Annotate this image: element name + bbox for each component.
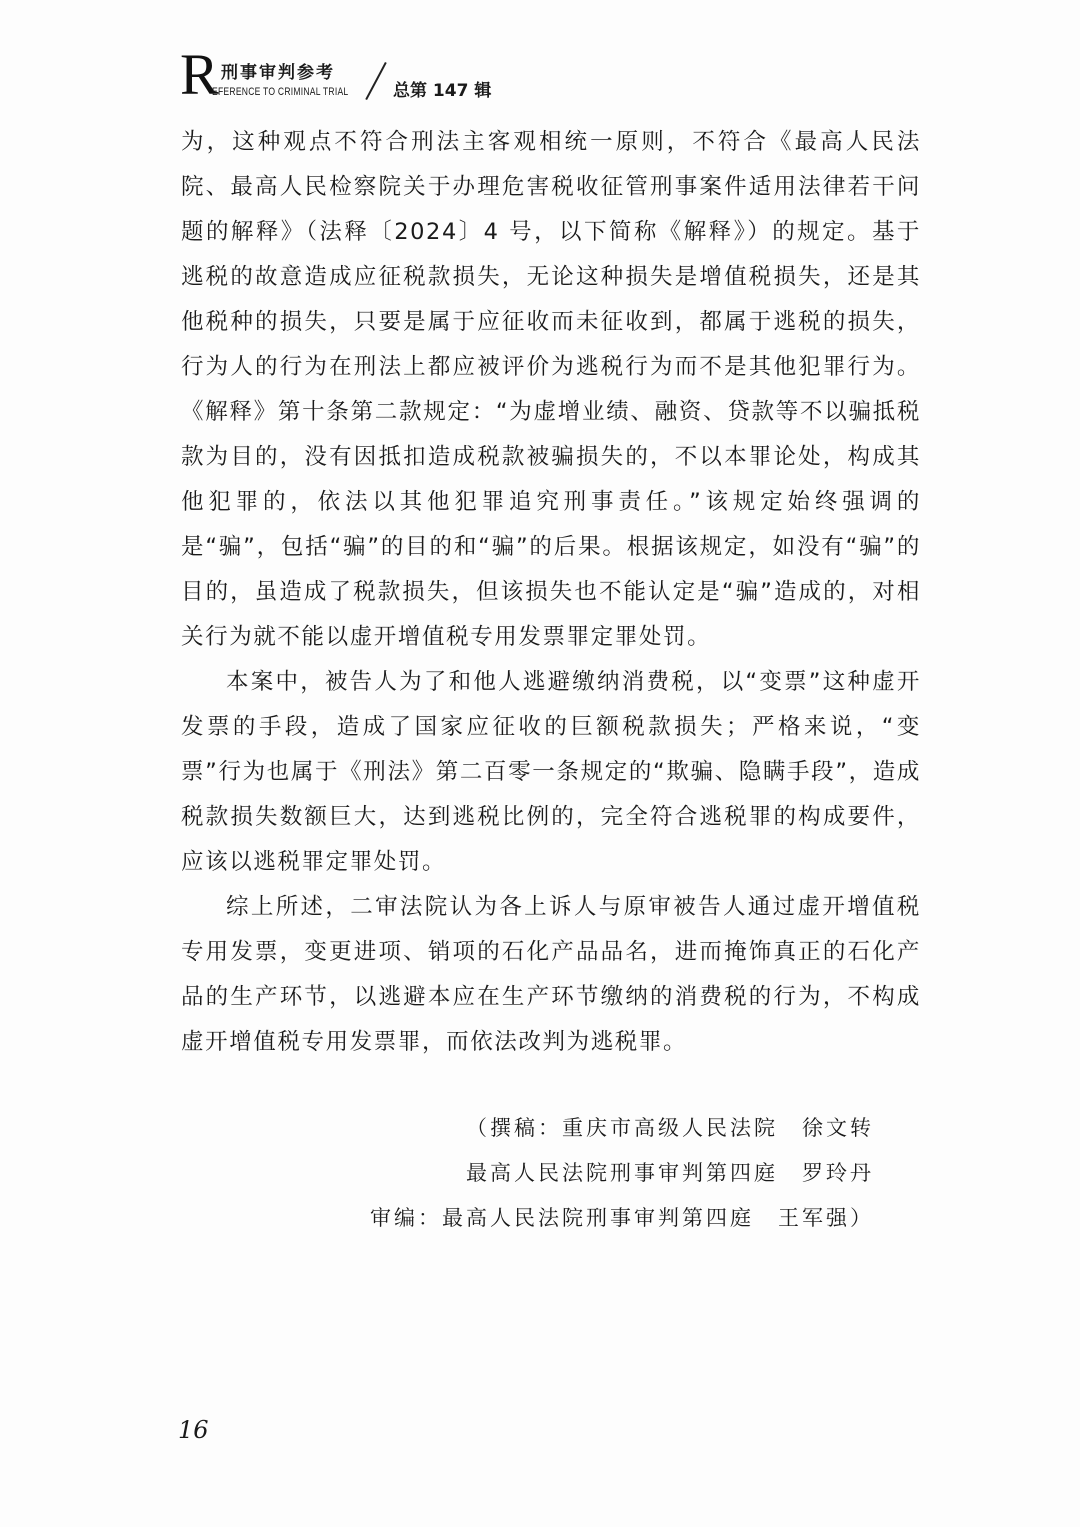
credit-line: （撰稿：重庆市高级人民法院 徐文转 [370, 1106, 874, 1151]
article-body: 为，这种观点不符合刑法主客观相统一原则，不符合《最高人民法院、最高人民检察院关于… [181, 120, 921, 1065]
paragraph: 为，这种观点不符合刑法主客观相统一原则，不符合《最高人民法院、最高人民检察院关于… [181, 120, 921, 660]
credit-line: 最高人民法院刑事审判第四庭 罗玲丹 [370, 1151, 874, 1196]
journal-title-cn: 刑事审判参考 [221, 58, 335, 83]
issue-number: 总第 147 辑 [393, 76, 491, 101]
header-divider [365, 62, 386, 100]
page-number: 16 [178, 1416, 209, 1444]
journal-title-en: EFERENCE TO CRIMINAL TRIAL [212, 86, 348, 98]
author-credits: （撰稿：重庆市高级人民法院 徐文转 最高人民法院刑事审判第四庭 罗玲丹 审编：最… [370, 1106, 874, 1241]
credit-line: 审编：最高人民法院刑事审判第四庭 王军强） [370, 1196, 874, 1241]
paragraph: 综上所述，二审法院认为各上诉人与原审被告人通过虚开增值税专用发票，变更进项、销项… [181, 885, 921, 1065]
paragraph: 本案中，被告人为了和他人逃避缴纳消费税，以“变票”这种虚开发票的手段，造成了国家… [181, 660, 921, 885]
